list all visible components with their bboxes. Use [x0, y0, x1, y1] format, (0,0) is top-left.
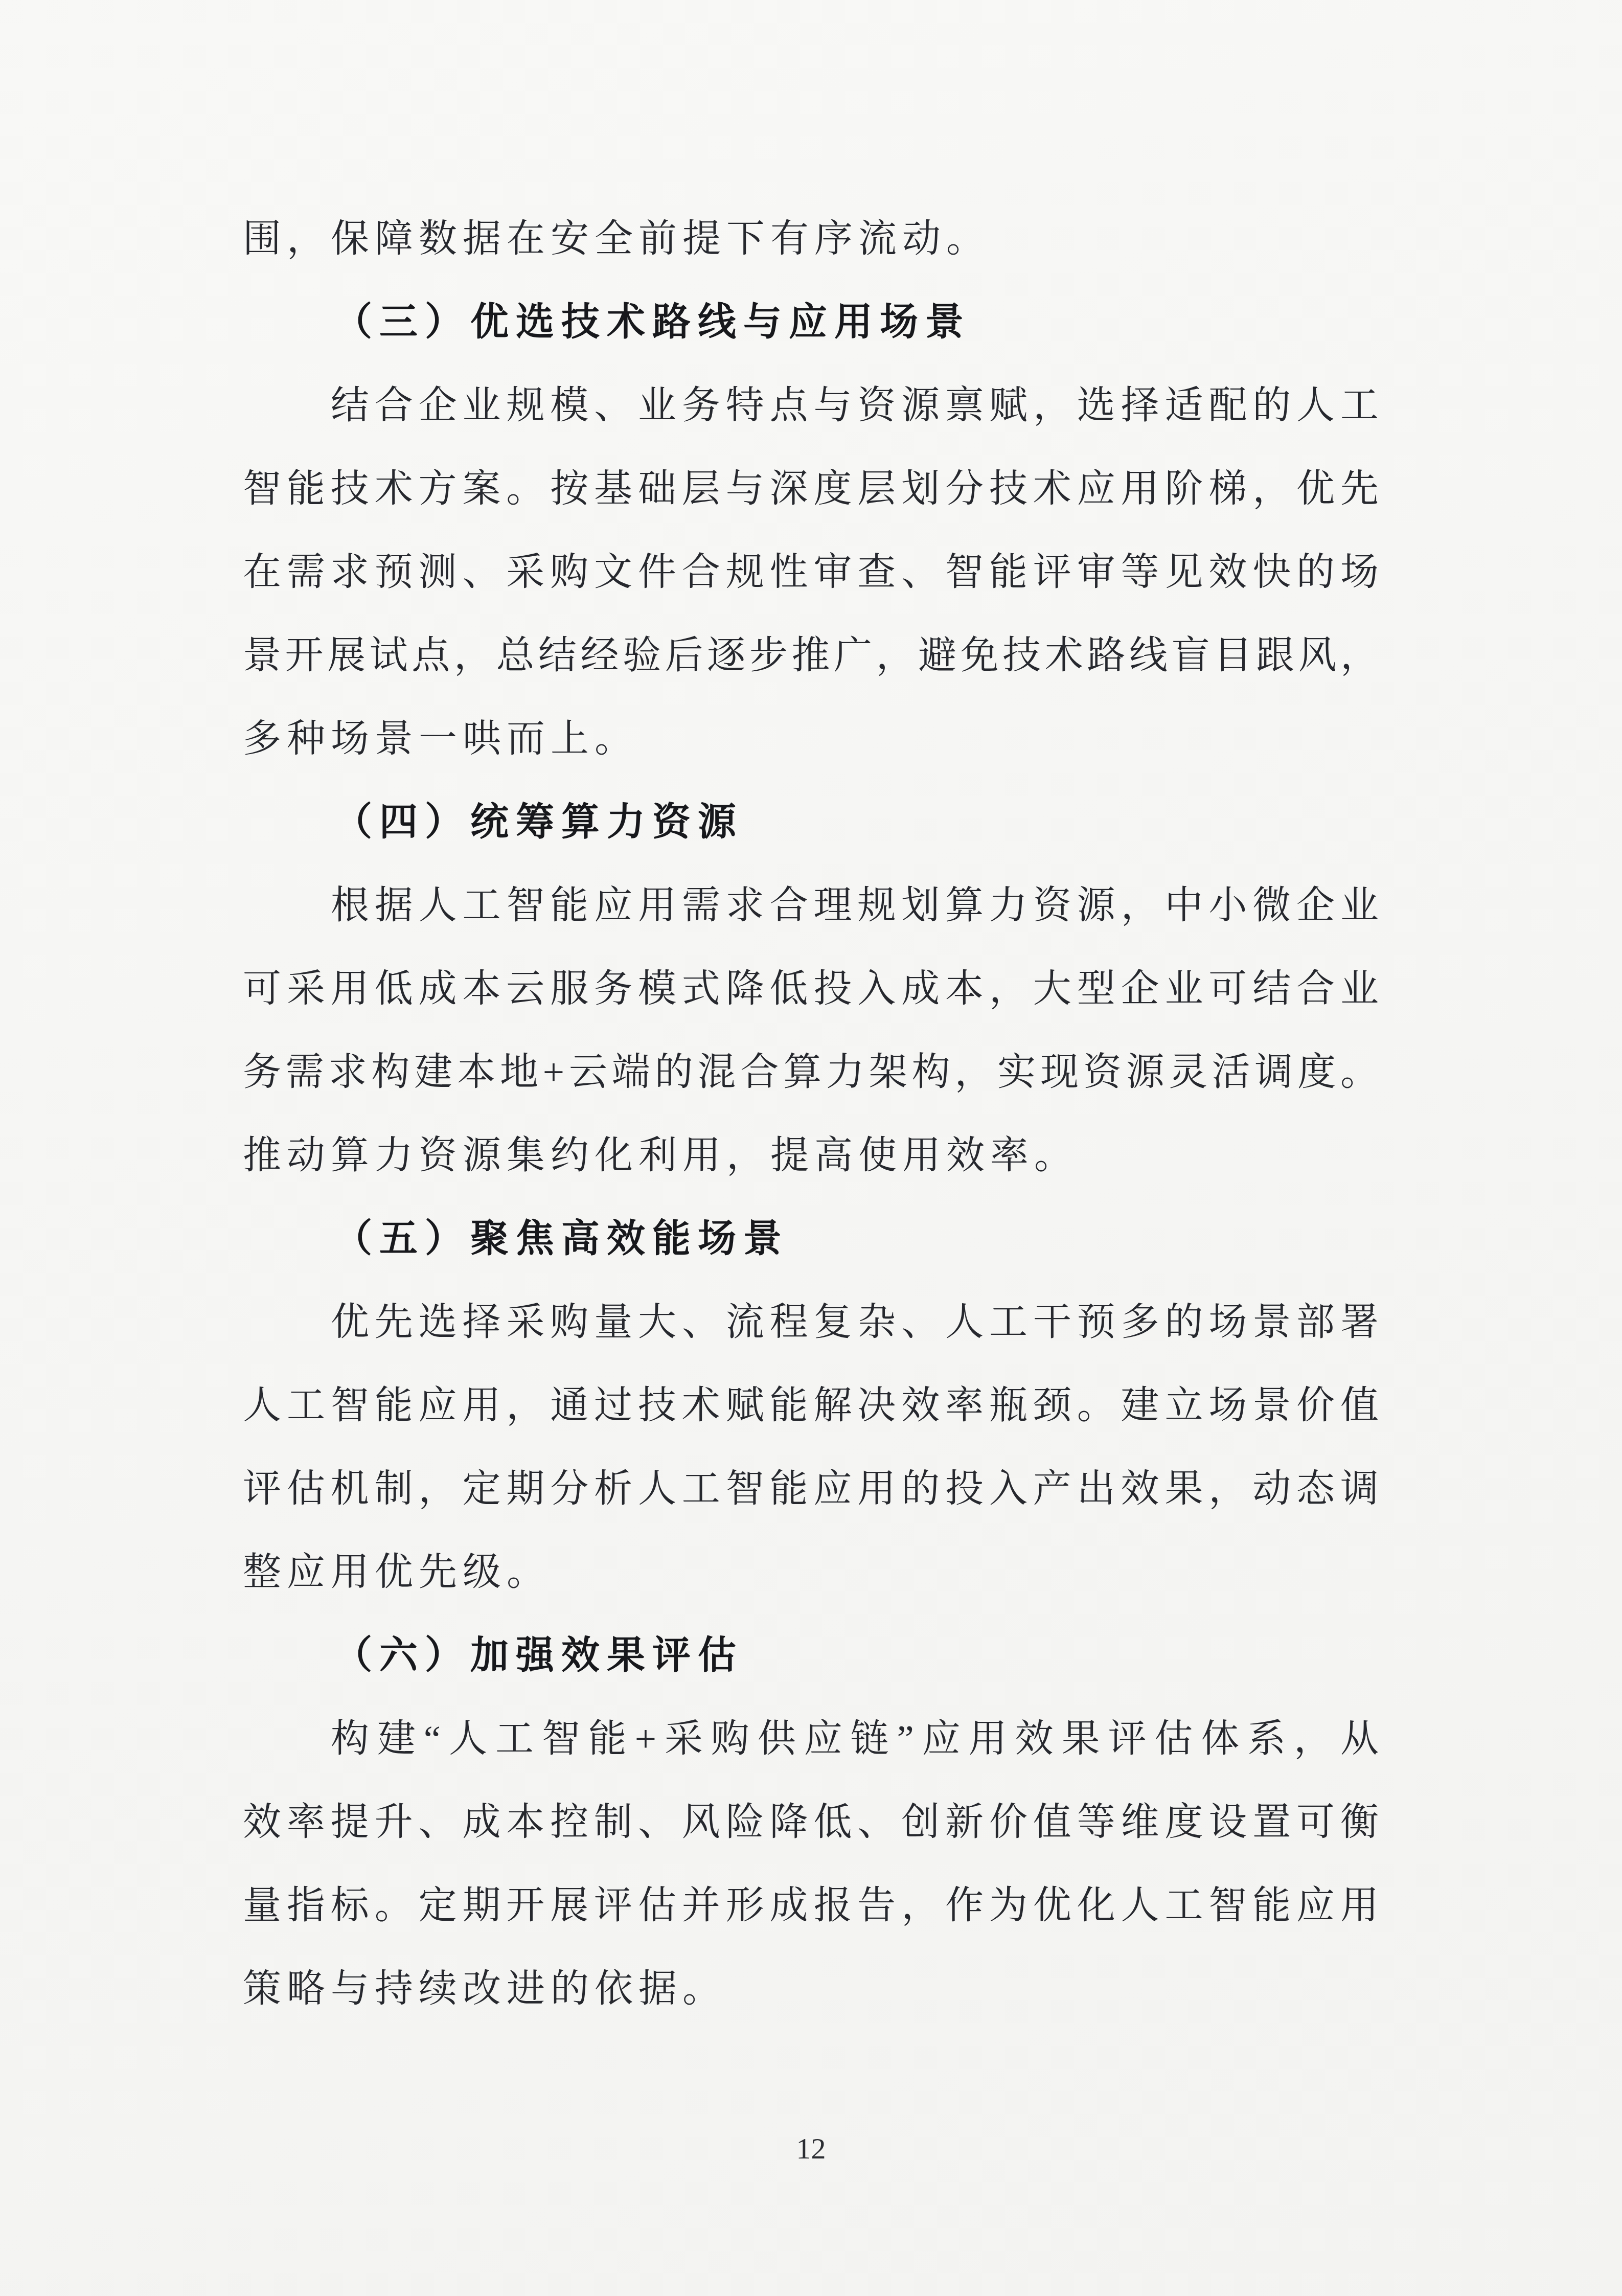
text-line: 效率提升、成本控制、风险降低、创新价值等维度设置可衡 — [243, 1781, 1381, 1864]
text-line: 评估机制，定期分析人工智能应用的投入产出效果，动态调 — [243, 1447, 1381, 1531]
text-line: 策略与持续改进的依据。 — [243, 1947, 1381, 2031]
text-line: 景开展试点，总结经验后逐步推广，避免技术路线盲目跟风， — [243, 614, 1381, 697]
scanned-page: 围，保障数据在安全前提下有序流动。 （三）优选技术路线与应用场景 结合企业规模、… — [0, 0, 1622, 2296]
text-line: 多种场景一哄而上。 — [243, 697, 1381, 781]
text-line: 智能技术方案。按基础层与深度层划分技术应用阶梯，优先 — [243, 447, 1381, 531]
text-line: 优先选择采购量大、流程复杂、人工干预多的场景部署 — [243, 1281, 1381, 1364]
section-heading: （四）统筹算力资源 — [243, 781, 1381, 864]
page-number: 12 — [0, 2131, 1622, 2167]
section-heading: （五）聚焦高效能场景 — [243, 1197, 1381, 1281]
document-text-block: 围，保障数据在安全前提下有序流动。 （三）优选技术路线与应用场景 结合企业规模、… — [243, 197, 1381, 2031]
text-line: 在需求预测、采购文件合规性审查、智能评审等见效快的场 — [243, 531, 1381, 614]
text-line: 人工智能应用，通过技术赋能解决效率瓶颈。建立场景价值 — [243, 1364, 1381, 1447]
text-line: 务需求构建本地+云端的混合算力架构，实现资源灵活调度。 — [243, 1031, 1381, 1114]
text-line: 整应用优先级。 — [243, 1531, 1381, 1614]
text-line: 根据人工智能应用需求合理规划算力资源，中小微企业 — [243, 864, 1381, 947]
text-line: 构建“人工智能+采购供应链”应用效果评估体系，从 — [243, 1697, 1381, 1781]
text-line: 结合企业规模、业务特点与资源禀赋，选择适配的人工 — [243, 364, 1381, 447]
text-line: 量指标。定期开展评估并形成报告，作为优化人工智能应用 — [243, 1864, 1381, 1947]
section-heading: （三）优选技术路线与应用场景 — [243, 281, 1381, 364]
text-line: 推动算力资源集约化利用，提高使用效率。 — [243, 1114, 1381, 1197]
text-line: 可采用低成本云服务模式降低投入成本，大型企业可结合业 — [243, 947, 1381, 1031]
section-heading: （六）加强效果评估 — [243, 1614, 1381, 1697]
text-line: 围，保障数据在安全前提下有序流动。 — [243, 197, 1381, 281]
